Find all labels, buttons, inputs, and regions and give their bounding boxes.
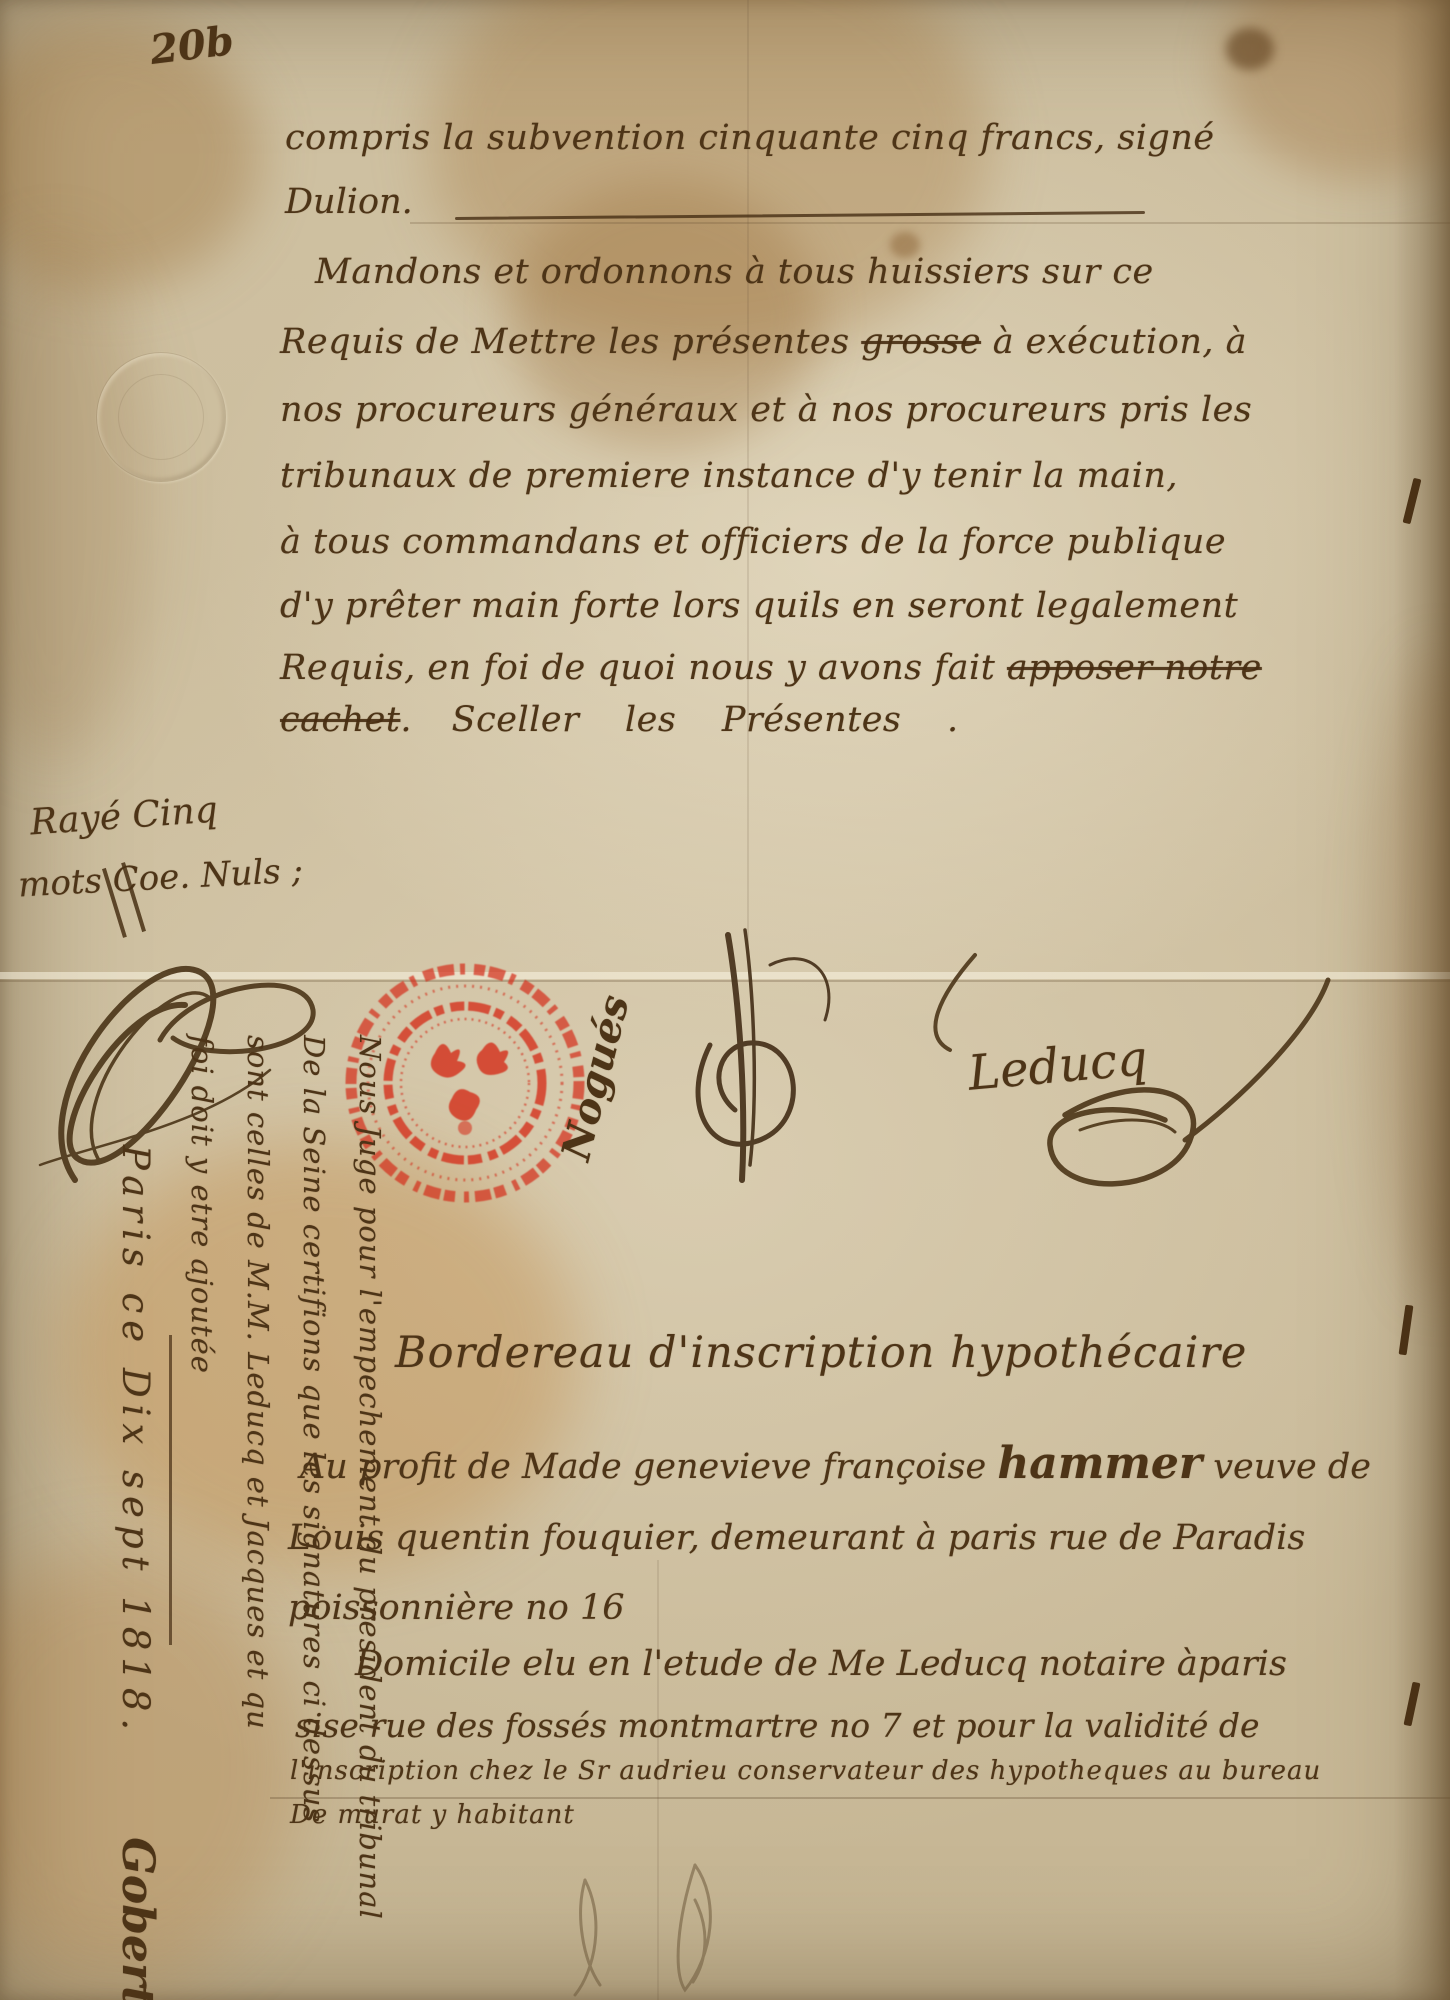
creditor-name: hammer: [997, 1438, 1202, 1489]
profit-text: veuve de: [1202, 1447, 1371, 1487]
manuscript-page: 20b compris la subvention cinquante cinq…: [0, 0, 1450, 2000]
embossed-seal-inner: [118, 374, 204, 460]
margin-note-line-1: Rayé Cinq: [29, 790, 219, 844]
mandate-line: cachet. Sceller les Présentes .: [280, 700, 959, 740]
domicile-line-4: De murat y habitant: [290, 1800, 575, 1830]
struck-word: apposer notre: [1007, 648, 1262, 688]
struck-word: grosse: [861, 322, 981, 362]
domicile-line-1: Domicile elu en l'etude de Me Leducq not…: [355, 1644, 1287, 1684]
bordereau-title: Bordereau d'inscription hypothécaire: [395, 1328, 1247, 1378]
margin-note-line-2: mots Coe. Nuls ;: [17, 851, 304, 906]
certification-line-2: De la Seine certifions que les signature…: [286, 1035, 342, 1975]
judge-signature: Gobert: [113, 1837, 164, 2000]
mandate-text: Sceller les Présentes .: [452, 700, 959, 740]
mandate-text: Requis, en foi de quoi nous y avons fait: [280, 648, 1007, 688]
binding-edge: [1394, 0, 1450, 2000]
certification-dateline: Paris ce Dix sept 1818.: [115, 1145, 158, 1737]
mandate-line: à tous commandans et officiers de la for…: [280, 522, 1226, 562]
struck-word: cachet: [280, 700, 400, 740]
bottom-flourish: [545, 1860, 805, 2000]
certification-line-3: sont celles de M.M. Leducq et Jacques et…: [230, 1035, 286, 1975]
fold-crease: [410, 222, 1450, 224]
page-number: 20b: [147, 17, 236, 74]
stain: [1226, 28, 1274, 70]
stain: [430, 0, 990, 360]
flourish-strokes: [935, 955, 1328, 1184]
certification-underline: [170, 1335, 173, 1645]
opening-line-2: Dulion.: [285, 182, 413, 222]
fold-crease: [270, 1797, 1450, 1799]
domicile-line-3: l'inscription chez le Sr audrieu conserv…: [290, 1756, 1321, 1786]
mandate-text: Requis de Mettre les présentes: [280, 322, 861, 362]
certification-line-4: foi doit y etre ajoutée: [174, 1035, 230, 1975]
stamp-emblem: [431, 1042, 508, 1135]
mandate-line: nos procureurs généraux et à nos procure…: [280, 390, 1252, 430]
mandate-text: .: [400, 700, 412, 740]
certification-line-1: Nous Juge pour l'empechement du presiden…: [342, 1035, 398, 1975]
profit-text: Au profit de Made genevieve françoise: [300, 1447, 997, 1487]
mandate-line: Requis de Mettre les présentes grosse à …: [280, 322, 1247, 362]
flourish-strokes: [698, 930, 829, 1180]
mandate-line: Mandons et ordonnons à tous huissiers su…: [315, 252, 1154, 292]
profit-line-3: poissonnière no 16: [288, 1588, 625, 1628]
center-flourish-signature: [650, 925, 860, 1205]
domicile-line-2: sise rue des fossés montmartre no 7 et p…: [295, 1706, 1260, 1745]
profit-line-1: Au profit de Made genevieve françoise ha…: [300, 1438, 1371, 1489]
stain: [0, 240, 150, 760]
profit-line-2: Louis quentin fouquier, demeurant à pari…: [288, 1518, 1305, 1558]
mandate-line: Requis, en foi de quoi nous y avons fait…: [280, 648, 1262, 688]
mandate-text: à exécution, à: [981, 322, 1247, 362]
certification-note: Nous Juge pour l'empechement du presiden…: [93, 1035, 398, 1975]
rule-after-signature: [455, 211, 1145, 220]
mandate-line: tribunaux de premiere instance d'y tenir…: [280, 456, 1178, 496]
flourish-strokes: [575, 1865, 710, 1995]
opening-line-1: compris la subvention cinquante cinq fra…: [285, 118, 1215, 158]
notaire-flourish: [880, 940, 1350, 1260]
mandate-line: d'y prêter main forte lors quils en sero…: [280, 586, 1238, 626]
